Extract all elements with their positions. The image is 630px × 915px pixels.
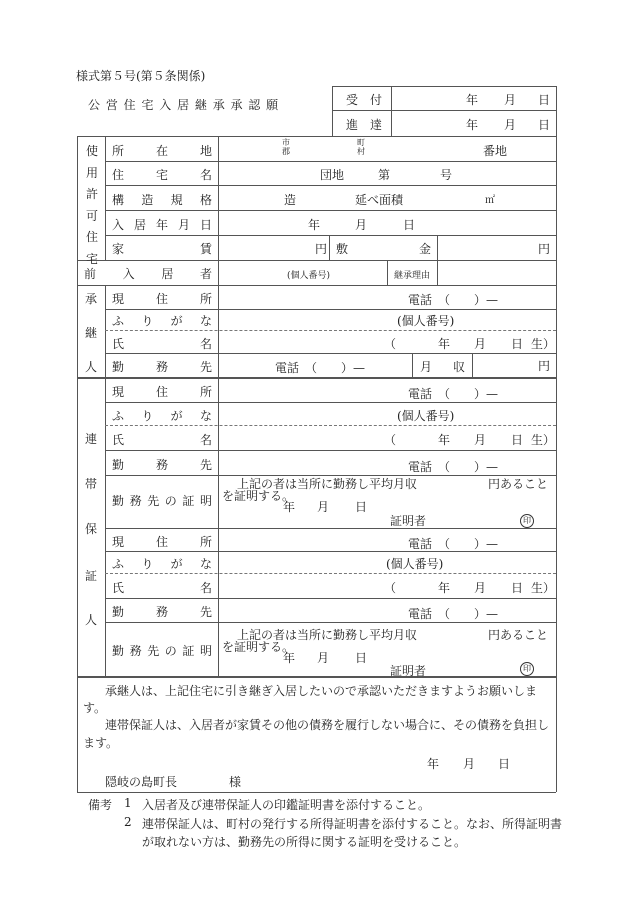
city-county-field[interactable]: 市郡 xyxy=(282,138,290,156)
succession-reason-label: 継承理由 xyxy=(394,268,430,281)
forwarded-label: 進 達 xyxy=(346,116,382,133)
housing-name-label: 住宅名 xyxy=(112,166,212,183)
town-village-field[interactable]: 町村 xyxy=(357,138,365,156)
structure-label: 構造規格 xyxy=(112,191,212,208)
successor-phone: 電話 （ ）— xyxy=(408,291,498,308)
location-label: 所在地 xyxy=(112,142,212,159)
seal-mark-icon: 印 xyxy=(520,514,534,528)
page-title: 公 営 住 宅 入 居 継 承 承 認 願 xyxy=(88,96,279,113)
previous-resident-id-note: (個人番号) xyxy=(287,268,330,281)
move-in-date-label: 入居年月日 xyxy=(112,216,212,233)
rent-label: 家賃 xyxy=(112,240,212,257)
form-number: 様式第５号(第５条関係) xyxy=(76,67,205,84)
addressee: 隠岐の島町長 xyxy=(105,773,177,790)
permit-housing-label: 使 用 許 可 住 宅 xyxy=(86,141,100,270)
deposit-label: 敷金 xyxy=(336,240,431,257)
seal-mark-icon: 印 xyxy=(520,662,534,676)
previous-resident-label: 前入居者 xyxy=(84,265,212,282)
received-label: 受 付 xyxy=(346,91,382,108)
